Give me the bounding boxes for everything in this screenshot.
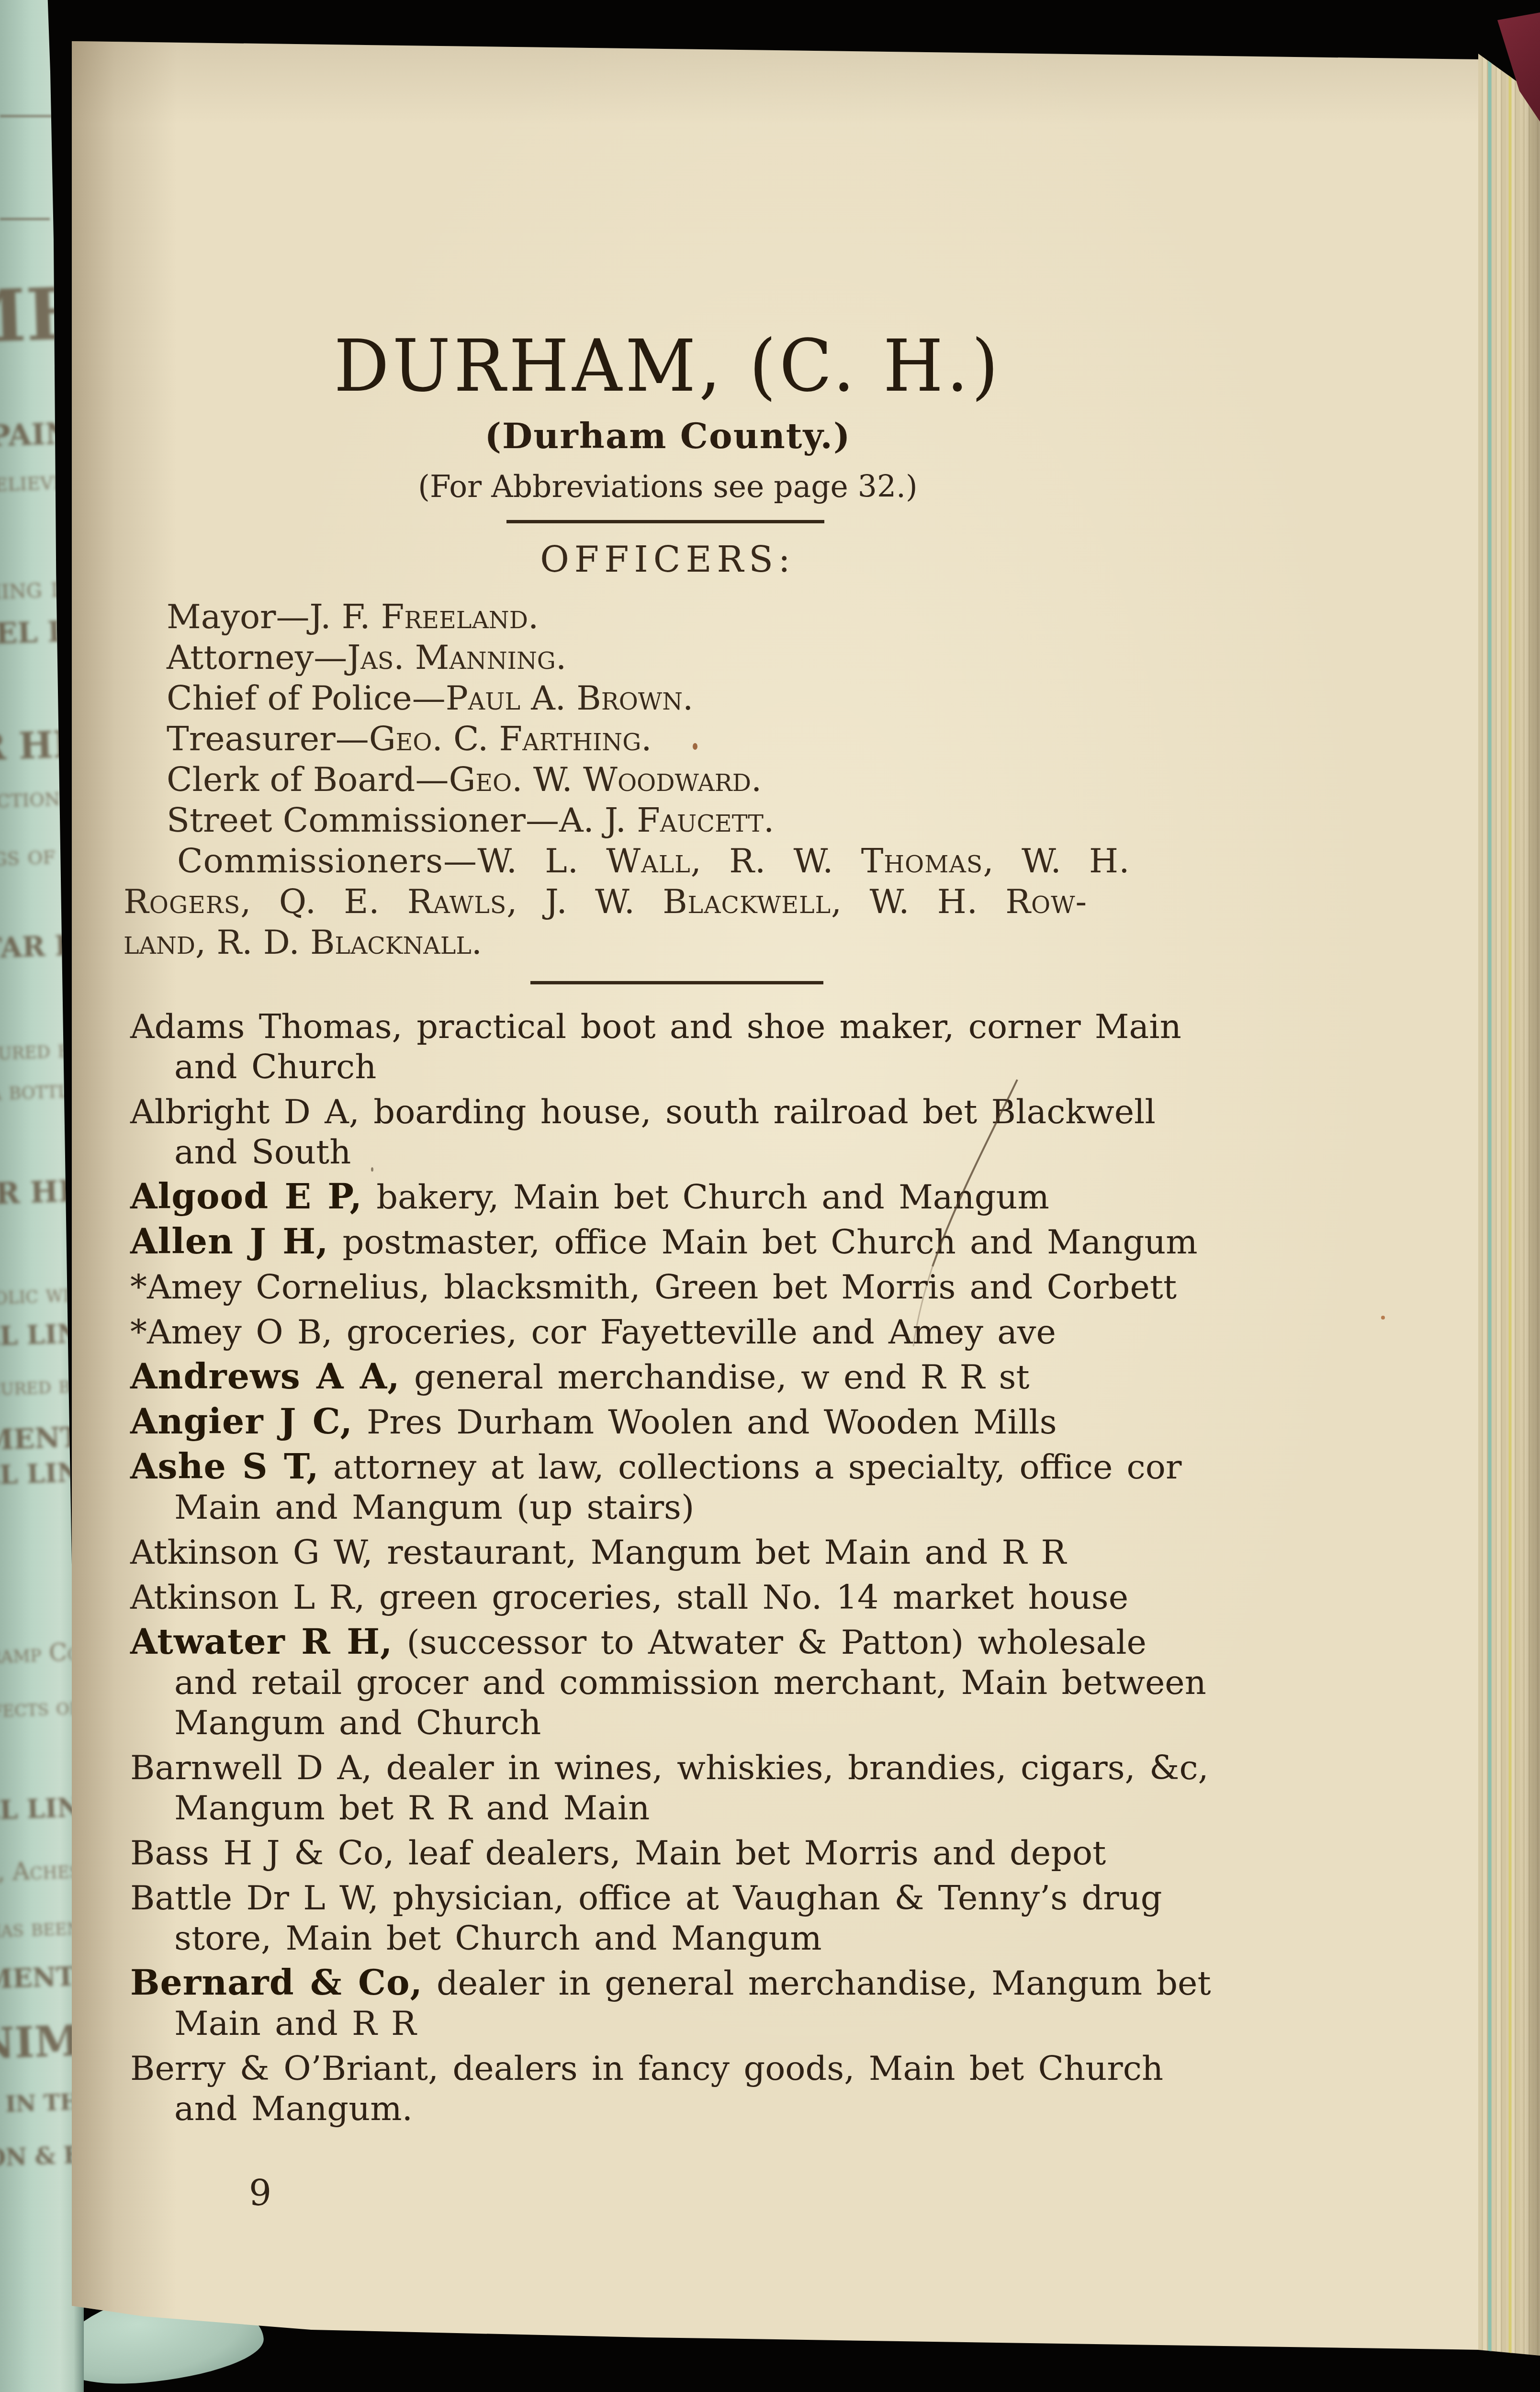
county-subtitle: (Durham County.): [115, 416, 1221, 457]
officer-line: Street Commissioner—A. J. Faucett.: [167, 800, 1411, 841]
entry-description: attorney at law, collections a specialty…: [333, 1447, 1182, 1487]
entry-description: groceries, cor Fayetteville and Amey ave: [347, 1312, 1056, 1352]
entry-description: blacksmith, Green bet Morris and Corbett: [444, 1267, 1177, 1307]
directory-entry: Albright D A, boarding house, south rail…: [130, 1092, 1375, 1172]
officers-list: Mayor—J. F. Freeland. Attorney—Jas. Mann…: [167, 597, 1411, 963]
entry-continuation-line: and Church: [130, 1047, 1375, 1087]
entry-description: boarding house, south railroad bet Black…: [373, 1092, 1156, 1131]
entry-first-line: Adams Thomas, practical boot and shoe ma…: [130, 1006, 1375, 1047]
officer-title: Treasurer—: [167, 719, 369, 758]
directory-entry: Battle Dr L W, physician, office at Vaug…: [130, 1878, 1375, 1958]
entry-first-line: Berry & O’Briant, dealers in fancy goods…: [130, 2048, 1375, 2088]
entry-description: physician, office at Vaughan & Tenny’s d…: [393, 1878, 1162, 1918]
entry-name: Atkinson L R,: [130, 1578, 365, 1617]
entry-name: Andrews A A,: [130, 1356, 400, 1397]
directory-entry: *Amey O B, groceries, cor Fayetteville a…: [130, 1312, 1375, 1352]
entry-first-line: Atkinson G W, restaurant, Mangum bet Mai…: [130, 1532, 1375, 1572]
directory-entry: Bernard & Co, dealer in general merchand…: [130, 1963, 1375, 2043]
officer-name: A. J. Faucett.: [559, 801, 774, 840]
officer-line: Commissioners—W. L. Wall, R. W. Thomas, …: [177, 841, 1411, 881]
entry-first-line: Angier J C, Pres Durham Woolen and Woode…: [130, 1402, 1375, 1442]
entry-description: (successor to Atwater & Patton) wholesal…: [407, 1623, 1147, 1662]
page-number: 9: [249, 2173, 271, 2214]
entry-name: Algood E P,: [130, 1176, 362, 1217]
officer-name: Rogers, Q. E. Rawls, J. W. Blackwell, W.…: [124, 882, 1087, 921]
entry-first-line: Algood E P, bakery, Main bet Church and …: [130, 1177, 1375, 1217]
officer-line: Rogers, Q. E. Rawls, J. W. Blackwell, W.…: [124, 881, 1411, 922]
entry-continuation-line: Main and R R: [130, 2003, 1375, 2043]
entry-description: dealers in fancy goods, Main bet Church: [453, 2049, 1163, 2088]
entry-first-line: Bass H J & Co, leaf dealers, Main bet Mo…: [130, 1833, 1375, 1873]
officer-name: J. F. Freeland.: [310, 597, 539, 636]
directory-entries: Adams Thomas, practical boot and shoe ma…: [130, 1006, 1375, 2133]
entry-name: *Amey Cornelius,: [130, 1267, 430, 1307]
entry-first-line: Ashe S T, attorney at law, collections a…: [130, 1447, 1375, 1487]
officer-name: land, R. D. Blacknall.: [124, 923, 482, 962]
entry-description: restaurant, Mangum bet Main and R R: [387, 1533, 1066, 1572]
directory-entry: Adams Thomas, practical boot and shoe ma…: [130, 1006, 1375, 1087]
entry-description: leaf dealers, Main bet Morris and depot: [408, 1833, 1106, 1873]
paper-speck: [1381, 1316, 1385, 1320]
abbreviations-note: (For Abbreviations see page 32.): [115, 469, 1221, 504]
entry-continuation-line: store, Main bet Church and Mangum: [130, 1918, 1375, 1958]
entry-first-line: *Amey Cornelius, blacksmith, Green bet M…: [130, 1267, 1375, 1307]
entry-continuation-line: and Mangum.: [130, 2088, 1375, 2129]
officer-title: Attorney—: [167, 638, 347, 677]
directory-entry: Algood E P, bakery, Main bet Church and …: [130, 1177, 1375, 1217]
entry-description: dealer in general merchandise, Mangum be…: [437, 1963, 1211, 2003]
directory-entry: Atwater R H, (successor to Atwater & Pat…: [130, 1622, 1375, 1743]
entry-description: dealer in wines, whiskies, brandies, cig…: [386, 1748, 1209, 1787]
entry-description: Pres Durham Woolen and Wooden Mills: [367, 1402, 1057, 1442]
divider-rule-middle: [530, 981, 823, 984]
directory-entry: Atkinson L R, green groceries, stall No.…: [130, 1577, 1375, 1617]
directory-entry: Barnwell D A, dealer in wines, whiskies,…: [130, 1748, 1375, 1828]
officer-name: Geo. W. Woodward.: [449, 760, 762, 799]
entry-name: *Amey O B,: [130, 1312, 332, 1352]
page-content: DURHAM, (C. H.) (Durham County.) (For Ab…: [0, 0, 1540, 2392]
officer-line: Mayor—J. F. Freeland.: [167, 597, 1411, 637]
entry-first-line: Barnwell D A, dealer in wines, whiskies,…: [130, 1748, 1375, 1788]
entry-first-line: Atwater R H, (successor to Atwater & Pat…: [130, 1622, 1375, 1662]
officer-line: land, R. D. Blacknall.: [124, 922, 1411, 963]
officer-title: Mayor—: [167, 597, 310, 636]
entry-continuation-line: Mangum and Church: [130, 1703, 1375, 1743]
entry-name: Ashe S T,: [130, 1446, 319, 1487]
directory-entry: Angier J C, Pres Durham Woolen and Woode…: [130, 1402, 1375, 1442]
entry-name: Battle Dr L W,: [130, 1878, 379, 1918]
entry-name: Bass H J & Co,: [130, 1833, 394, 1873]
directory-entry: Atkinson G W, restaurant, Mangum bet Mai…: [130, 1532, 1375, 1572]
entry-name: Angier J C,: [130, 1401, 353, 1442]
directory-entry: Ashe S T, attorney at law, collections a…: [130, 1447, 1375, 1527]
entry-first-line: Allen J H, postmaster, office Main bet C…: [130, 1222, 1375, 1262]
entry-description: green groceries, stall No. 14 market hou…: [379, 1578, 1128, 1617]
directory-entry: *Amey Cornelius, blacksmith, Green bet M…: [130, 1267, 1375, 1307]
directory-entry: Bass H J & Co, leaf dealers, Main bet Mo…: [130, 1833, 1375, 1873]
entry-name: Barnwell D A,: [130, 1748, 372, 1787]
paper-speck: [693, 743, 697, 750]
directory-entry: Berry & O’Briant, dealers in fancy goods…: [130, 2048, 1375, 2129]
entry-name: Atwater R H,: [130, 1622, 393, 1662]
entry-name: Allen J H,: [130, 1221, 328, 1262]
officer-name: W. L. Wall, R. W. Thomas, W. H.: [477, 841, 1130, 880]
directory-entry: Andrews A A, general merchandise, w end …: [130, 1357, 1375, 1397]
officer-line: Clerk of Board—Geo. W. Woodward.: [167, 759, 1411, 800]
officer-title: Chief of Police—: [167, 678, 446, 718]
entry-description: bakery, Main bet Church and Mangum: [376, 1177, 1049, 1217]
entry-description: practical boot and shoe maker, corner Ma…: [416, 1007, 1181, 1046]
entry-first-line: *Amey O B, groceries, cor Fayetteville a…: [130, 1312, 1375, 1352]
officers-heading: OFFICERS:: [115, 539, 1221, 580]
officer-title: Clerk of Board—: [167, 760, 449, 799]
officer-line: Treasurer—Geo. C. Farthing.: [167, 719, 1411, 759]
entry-name: Berry & O’Briant,: [130, 2049, 438, 2088]
entry-continuation-line: and retail grocer and commission merchan…: [130, 1662, 1375, 1703]
directory-entry: Allen J H, postmaster, office Main bet C…: [130, 1222, 1375, 1262]
entry-name: Albright D A,: [130, 1092, 360, 1131]
officer-line: Chief of Police—Paul A. Brown.: [167, 678, 1411, 719]
entry-description: postmaster, office Main bet Church and M…: [343, 1222, 1198, 1262]
entry-first-line: Albright D A, boarding house, south rail…: [130, 1092, 1375, 1132]
page-heading: DURHAM, (C. H.) (Durham County.) (For Ab…: [115, 330, 1221, 504]
book-photo: NIMED PAIN.itly relieveduthing deHEEL LI…: [0, 0, 1540, 2392]
entry-first-line: Atkinson L R, green groceries, stall No.…: [130, 1577, 1375, 1617]
entry-first-line: Bernard & Co, dealer in general merchand…: [130, 1963, 1375, 2003]
page-title: DURHAM, (C. H.): [137, 330, 1199, 402]
officer-title: Street Commissioner—: [167, 801, 559, 840]
officer-line: Attorney—Jas. Manning.: [167, 637, 1411, 678]
officer-title: Commissioners—: [177, 841, 477, 880]
officer-name: Paul A. Brown.: [446, 678, 694, 718]
entry-name: Adams Thomas,: [130, 1007, 403, 1046]
entry-continuation-line: Main and Mangum (up stairs): [130, 1487, 1375, 1527]
paper-speck: [371, 1167, 373, 1172]
entry-name: Atkinson G W,: [130, 1533, 373, 1572]
entry-continuation-line: Mangum bet R R and Main: [130, 1788, 1375, 1828]
officer-name: Geo. C. Farthing.: [369, 719, 652, 758]
entry-name: Bernard & Co,: [130, 1963, 423, 2003]
officer-name: Jas. Manning.: [347, 638, 566, 677]
entry-description: general merchandise, w end R R st: [414, 1357, 1030, 1397]
entry-first-line: Andrews A A, general merchandise, w end …: [130, 1357, 1375, 1397]
divider-rule-top: [506, 520, 824, 523]
entry-continuation-line: and South: [130, 1132, 1375, 1172]
entry-first-line: Battle Dr L W, physician, office at Vaug…: [130, 1878, 1375, 1918]
